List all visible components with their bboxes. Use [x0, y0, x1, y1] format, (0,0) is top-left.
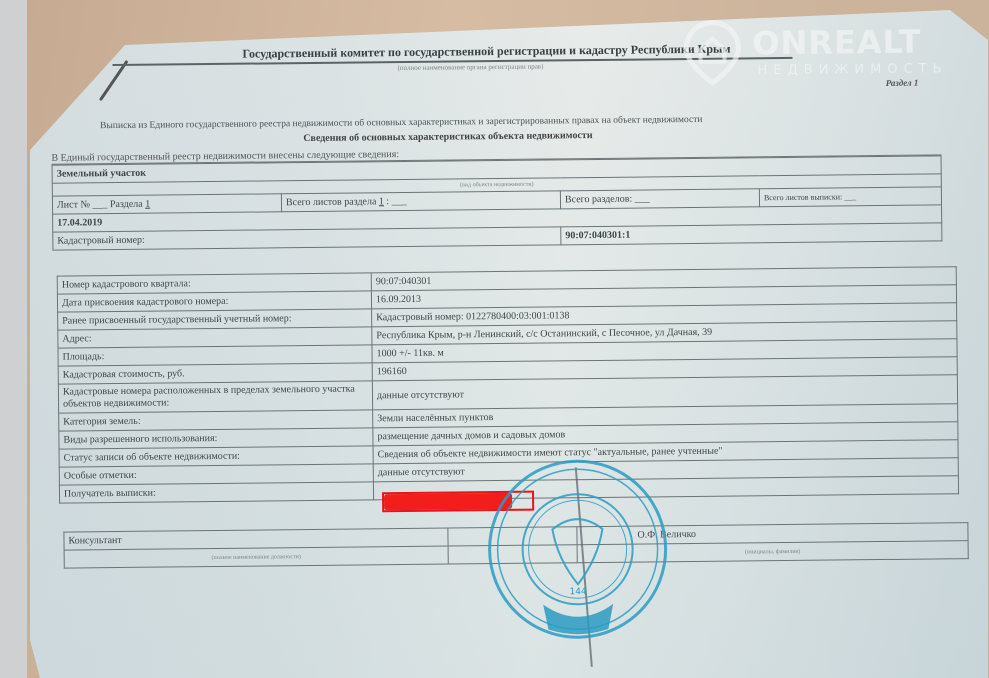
position-caption: (полное наименование должности) — [64, 546, 448, 568]
official-stamp: 144 — [482, 453, 674, 645]
onrealt-watermark: ONREALT НЕДВИЖИМОСТЬ — [682, 17, 963, 90]
object-header-table: Земельный участок (вид объекта недвижимо… — [52, 155, 943, 250]
cadastral-number: 90:07:040301:1 — [561, 223, 942, 245]
total-sections-cell: Всего разделов: ___ — [560, 189, 759, 209]
extract-title: Выписка из Единого государственного реес… — [100, 115, 702, 131]
extract-subtitle: Сведения об основных характеристиках объ… — [303, 130, 592, 144]
total-extract-sheets-cell: Всего листов выписки: ___ — [759, 187, 941, 207]
document-content: Государственный комитет по государственн… — [0, 0, 989, 678]
watermark-tagline: НЕДВИЖИМОСТЬ — [758, 61, 948, 78]
watermark-brand: ONREALT — [752, 23, 922, 63]
location-pin-logo-icon — [682, 19, 743, 86]
svg-text:144: 144 — [569, 587, 587, 597]
field-label: Получатель выписки: — [59, 482, 373, 503]
pen-mark — [99, 60, 129, 101]
authority-caption: (полное наименование органа регистрации … — [398, 63, 544, 73]
sheet-number-cell: Лист № ___ Раздела 1 — [52, 194, 281, 214]
field-label: Кадастровые номера расположенных в преде… — [58, 381, 372, 413]
